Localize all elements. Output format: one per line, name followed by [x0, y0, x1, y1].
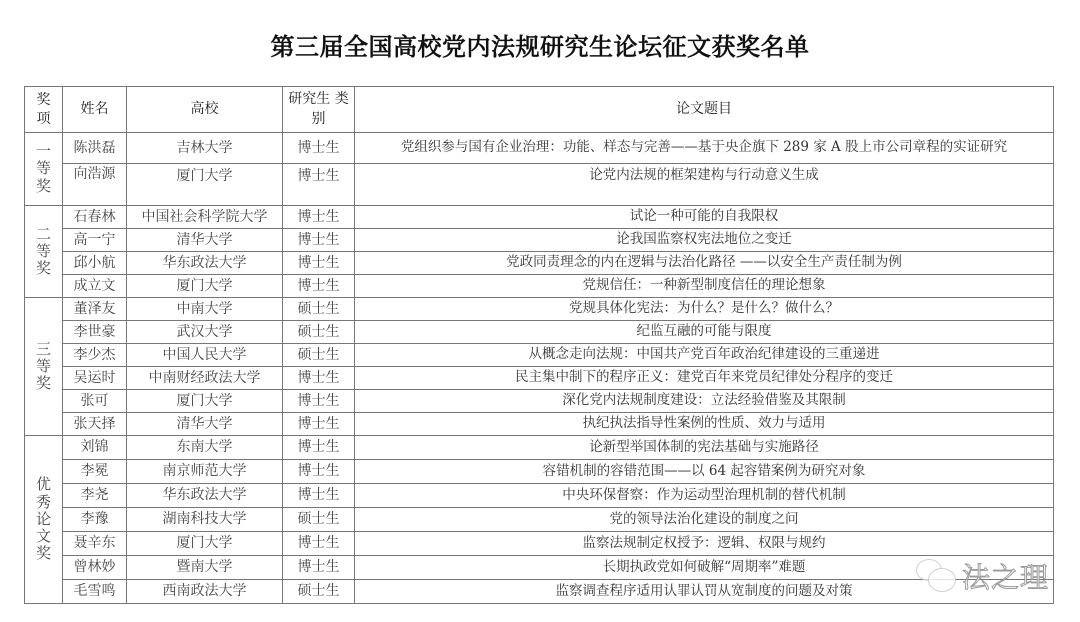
award-list-table: 奖项 姓名 高校 研究生 类 别 论文题目 一等奖 陈洪磊 吉林大学 博士生 党… [24, 86, 1054, 604]
school-cell: 华东政法大学 [127, 252, 283, 275]
watermark: 法之理 [916, 556, 1049, 596]
school-cell: 暨南大学 [127, 556, 283, 580]
name-cell: 成立文 [63, 275, 127, 298]
name-cell: 张可 [63, 390, 127, 413]
school-cell: 中国人民大学 [127, 344, 283, 367]
name-cell: 李尧 [63, 484, 127, 508]
award-group-excellent: 优秀论文奖 [25, 436, 63, 604]
table-row: 曾林妙 暨南大学 博士生 长期执政党如何破解“周期率”难题 [25, 556, 1054, 580]
student-type-cell: 博士生 [283, 275, 355, 298]
school-cell: 中国社会科学院大学 [127, 206, 283, 229]
table-row: 三等奖 董泽友 中南大学 硕士生 党规具体化宪法：为什么？是什么？做什么？ [25, 298, 1054, 321]
paper-title-cell: 纪监互融的可能与限度 [355, 321, 1054, 344]
table-row: 吴运时 中南财经政法大学 博士生 民主集中制下的程序正义：建党百年来党员纪律处分… [25, 367, 1054, 390]
student-type-cell: 博士生 [283, 133, 355, 164]
paper-title-cell: 党政同责理念的内在逻辑与法治化路径 ——以安全生产责任制为例 [355, 252, 1054, 275]
name-cell: 吴运时 [63, 367, 127, 390]
name-cell: 李少杰 [63, 344, 127, 367]
student-type-cell: 博士生 [283, 484, 355, 508]
school-cell: 武汉大学 [127, 321, 283, 344]
name-cell: 陈洪磊 [63, 133, 127, 164]
name-cell: 邱小航 [63, 252, 127, 275]
student-type-cell: 博士生 [283, 206, 355, 229]
header-name: 姓名 [63, 87, 127, 133]
student-type-cell: 博士生 [283, 413, 355, 436]
paper-title-cell: 党规具体化宪法：为什么？是什么？做什么？ [355, 298, 1054, 321]
student-type-cell: 博士生 [283, 556, 355, 580]
paper-title-cell: 论新型举国体制的宪法基础与实施路径 [355, 436, 1054, 460]
name-cell: 李冕 [63, 460, 127, 484]
name-cell: 曾林妙 [63, 556, 127, 580]
table-row: 李冕 南京师范大学 博士生 容错机制的容错范围——以 64 起容错案例为研究对象 [25, 460, 1054, 484]
paper-title-cell: 党规信任：一种新型制度信任的理论想象 [355, 275, 1054, 298]
name-cell: 李豫 [63, 508, 127, 532]
paper-title-cell: 论我国监察权宪法地位之变迁 [355, 229, 1054, 252]
name-cell: 董泽友 [63, 298, 127, 321]
award-group-second: 二等奖 [25, 206, 63, 298]
table-row: 李世豪 武汉大学 硕士生 纪监互融的可能与限度 [25, 321, 1054, 344]
paper-title-cell: 党的领导法治化建设的制度之问 [355, 508, 1054, 532]
school-cell: 厦门大学 [127, 532, 283, 556]
school-cell: 华东政法大学 [127, 484, 283, 508]
student-type-cell: 硕士生 [283, 344, 355, 367]
school-cell: 厦门大学 [127, 164, 283, 206]
header-paper-title: 论文题目 [355, 87, 1054, 133]
paper-title-cell: 从概念走向法规：中国共产党百年政治纪律建设的三重递进 [355, 344, 1054, 367]
student-type-cell: 博士生 [283, 532, 355, 556]
paper-title-cell: 深化党内法规制度建设：立法经验借鉴及其限制 [355, 390, 1054, 413]
name-cell: 石春林 [63, 206, 127, 229]
student-type-cell: 硕士生 [283, 508, 355, 532]
name-cell: 刘锦 [63, 436, 127, 460]
table-body: 一等奖 陈洪磊 吉林大学 博士生 党组织参与国有企业治理：功能、样态与完善——基… [25, 133, 1054, 604]
paper-title-cell: 监察法规制定权授予：逻辑、权限与规约 [355, 532, 1054, 556]
school-cell: 中南大学 [127, 298, 283, 321]
paper-title-cell: 论党内法规的框架建构与行动意义生成 [355, 164, 1054, 206]
student-type-cell: 博士生 [283, 460, 355, 484]
school-cell: 西南政法大学 [127, 580, 283, 604]
table-row: 毛雪鸣 西南政法大学 硕士生 监察调查程序适用认罪认罚从宽制度的问题及对策 [25, 580, 1054, 604]
table-row: 李豫 湖南科技大学 硕士生 党的领导法治化建设的制度之问 [25, 508, 1054, 532]
table-row: 优秀论文奖 刘锦 东南大学 博士生 论新型举国体制的宪法基础与实施路径 [25, 436, 1054, 460]
name-cell: 毛雪鸣 [63, 580, 127, 604]
table-row: 张可 厦门大学 博士生 深化党内法规制度建设：立法经验借鉴及其限制 [25, 390, 1054, 413]
header-school: 高校 [127, 87, 283, 133]
header-award: 奖项 [25, 87, 63, 133]
table-row: 成立文 厦门大学 博士生 党规信任：一种新型制度信任的理论想象 [25, 275, 1054, 298]
award-group-third: 三等奖 [25, 298, 63, 436]
table-row: 向浩源 厦门大学 博士生 论党内法规的框架建构与行动意义生成 [25, 164, 1054, 206]
school-cell: 厦门大学 [127, 390, 283, 413]
paper-title-cell: 容错机制的容错范围——以 64 起容错案例为研究对象 [355, 460, 1054, 484]
school-cell: 中南财经政法大学 [127, 367, 283, 390]
student-type-cell: 博士生 [283, 367, 355, 390]
paper-title-cell: 党组织参与国有企业治理：功能、样态与完善——基于央企旗下 289 家 A 股上市… [355, 133, 1054, 164]
award-group-first: 一等奖 [25, 133, 63, 206]
name-cell: 聂辛东 [63, 532, 127, 556]
school-cell: 东南大学 [127, 436, 283, 460]
table-row: 李少杰 中国人民大学 硕士生 从概念走向法规：中国共产党百年政治纪律建设的三重递… [25, 344, 1054, 367]
table-row: 李尧 华东政法大学 博士生 中央环保督察：作为运动型治理机制的替代机制 [25, 484, 1054, 508]
table-row: 聂辛东 厦门大学 博士生 监察法规制定权授予：逻辑、权限与规约 [25, 532, 1054, 556]
school-cell: 厦门大学 [127, 275, 283, 298]
document-title: 第三届全国高校党内法规研究生论坛征文获奖名单 [0, 27, 1080, 62]
table-row: 高一宁 清华大学 博士生 论我国监察权宪法地位之变迁 [25, 229, 1054, 252]
student-type-cell: 博士生 [283, 390, 355, 413]
watermark-text: 法之理 [962, 556, 1049, 596]
student-type-cell: 硕士生 [283, 298, 355, 321]
table-header-row: 奖项 姓名 高校 研究生 类 别 论文题目 [25, 87, 1054, 133]
wechat-icon [916, 559, 956, 593]
header-student-type: 研究生 类 别 [283, 87, 355, 133]
table-row: 邱小航 华东政法大学 博士生 党政同责理念的内在逻辑与法治化路径 ——以安全生产… [25, 252, 1054, 275]
student-type-cell: 博士生 [283, 252, 355, 275]
paper-title-cell: 民主集中制下的程序正义：建党百年来党员纪律处分程序的变迁 [355, 367, 1054, 390]
school-cell: 清华大学 [127, 229, 283, 252]
paper-title-cell: 执纪执法指导性案例的性质、效力与适用 [355, 413, 1054, 436]
name-cell: 张天择 [63, 413, 127, 436]
student-type-cell: 博士生 [283, 229, 355, 252]
student-type-cell: 硕士生 [283, 321, 355, 344]
table-row: 一等奖 陈洪磊 吉林大学 博士生 党组织参与国有企业治理：功能、样态与完善——基… [25, 133, 1054, 164]
paper-title-cell: 试论一种可能的自我限权 [355, 206, 1054, 229]
school-cell: 清华大学 [127, 413, 283, 436]
student-type-cell: 博士生 [283, 436, 355, 460]
student-type-cell: 硕士生 [283, 580, 355, 604]
school-cell: 南京师范大学 [127, 460, 283, 484]
name-cell: 向浩源 [63, 164, 127, 206]
student-type-cell: 博士生 [283, 164, 355, 206]
table-row: 二等奖 石春林 中国社会科学院大学 博士生 试论一种可能的自我限权 [25, 206, 1054, 229]
paper-title-cell: 中央环保督察：作为运动型治理机制的替代机制 [355, 484, 1054, 508]
school-cell: 吉林大学 [127, 133, 283, 164]
name-cell: 高一宁 [63, 229, 127, 252]
name-cell: 李世豪 [63, 321, 127, 344]
table-row: 张天择 清华大学 博士生 执纪执法指导性案例的性质、效力与适用 [25, 413, 1054, 436]
school-cell: 湖南科技大学 [127, 508, 283, 532]
